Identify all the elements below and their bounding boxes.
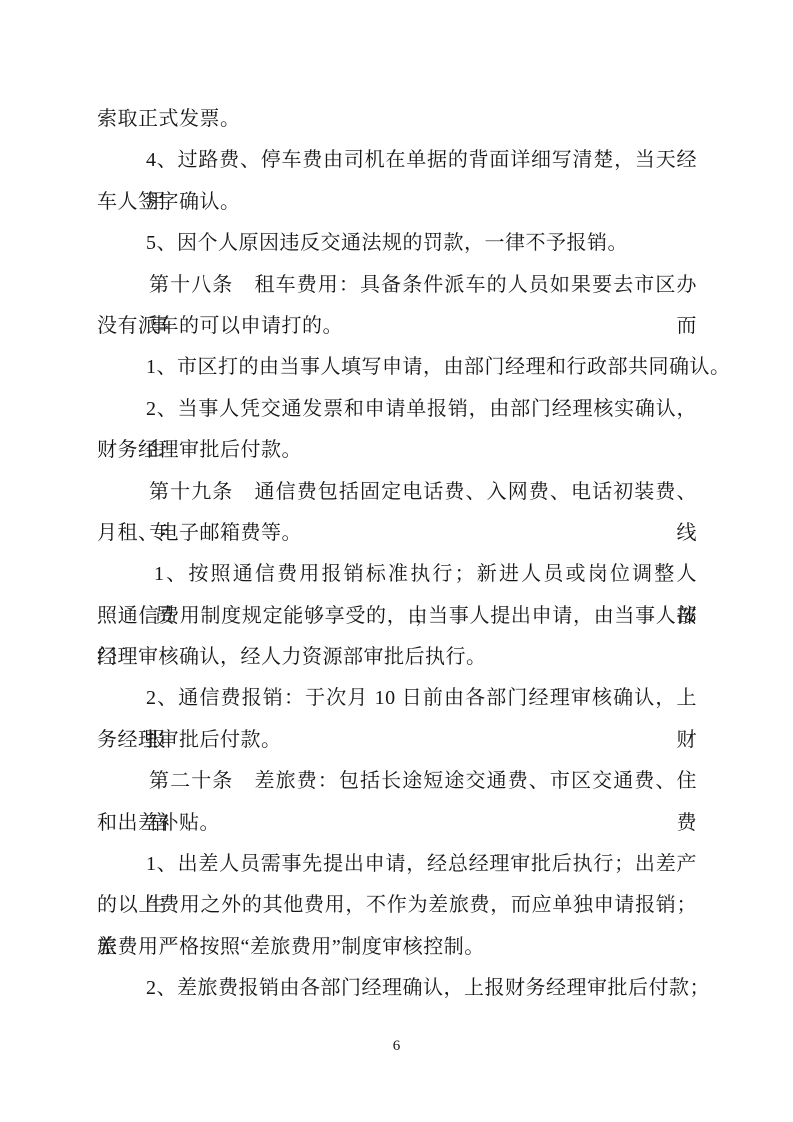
text-line: 第十九条 通信费包括固定电话费、入网费、电话初装费、专线 [97, 472, 697, 513]
text-line: 1、市区打的由当事人填写申请，由部门经理和行政部共同确认。 [97, 347, 697, 388]
text-line: 4、过路费、停车费由司机在单据的背面详细写清楚，当天经用 [97, 140, 697, 181]
text-line: 的以上费用之外的其他费用，不作为差旅费，而应单独申请报销；差 [97, 885, 697, 926]
text-line: 车人签字确认。 [97, 182, 697, 223]
document-body: 索取正式发票。4、过路费、停车费由司机在单据的背面详细写清楚，当天经用车人签字确… [97, 99, 697, 1010]
text-line: 5、因个人原因违反交通法规的罚款，一律不予报销。 [97, 223, 697, 264]
text-line: 财务经理审批后付款。 [97, 430, 697, 471]
text-line: 1、按照通信费用报销标准执行；新进人员或岗位调整人员，按 [97, 554, 697, 595]
document-page: 索取正式发票。4、过路费、停车费由司机在单据的背面详细写清楚，当天经用车人签字确… [0, 0, 793, 1122]
text-line: 2、差旅费报销由各部门经理确认，上报财务经理审批后付款； [97, 968, 697, 1009]
text-line: 经理审核确认，经人力资源部审批后执行。 [97, 637, 697, 678]
text-line: 2、通信费报销：于次月 10 日前由各部门经理审核确认，上报财 [97, 678, 697, 719]
text-line: 旅费用严格按照“差旅费用”制度审核控制。 [97, 927, 697, 968]
text-line: 第二十条 差旅费：包括长途短途交通费、市区交通费、住宿费 [97, 761, 697, 802]
text-line: 1、出差人员需事先提出申请，经总经理审批后执行；出差产生 [97, 844, 697, 885]
text-line: 索取正式发票。 [97, 99, 697, 140]
page-number: 6 [0, 1036, 793, 1056]
text-line: 2、当事人凭交通发票和申请单报销，由部门经理核实确认，由 [97, 389, 697, 430]
text-line: 第十八条 租车费用：具备条件派车的人员如果要去市区办事而 [97, 265, 697, 306]
text-line: 照通信费用制度规定能够享受的，由当事人提出申请，由当事人部门 [97, 596, 697, 637]
